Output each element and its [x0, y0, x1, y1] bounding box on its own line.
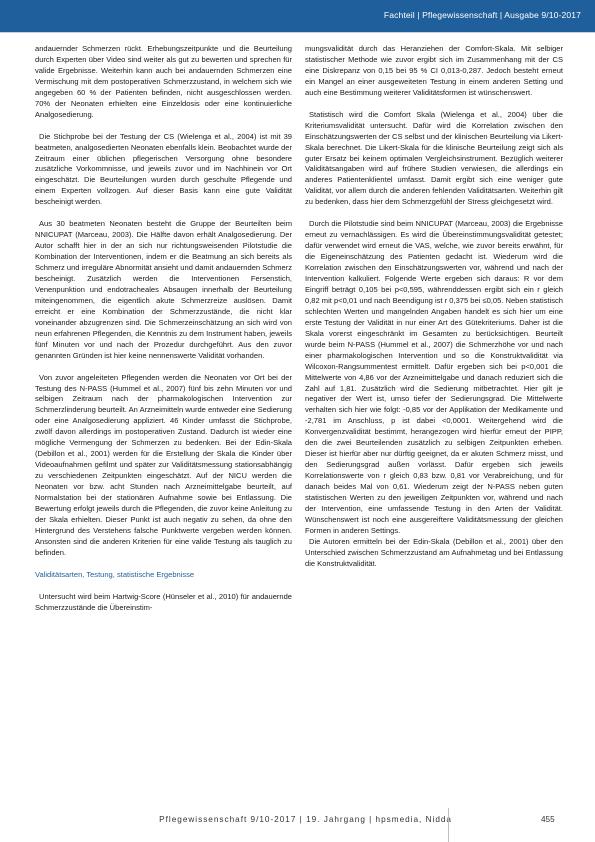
left-column: andauernder Schmerzen rückt. Erhebungsze… — [35, 44, 292, 613]
page-header: Fachteil | Pflegewissenschaft | Ausgabe … — [0, 0, 595, 33]
paragraph: andauernder Schmerzen rückt. Erhebungsze… — [35, 44, 292, 121]
page-number: 455 — [541, 815, 555, 824]
footer-divider — [448, 808, 449, 842]
paragraph: Durch die Pilotstudie sind beim NNICUPAT… — [305, 219, 563, 537]
paragraph: Untersucht wird beim Hartwig-Score (Hüns… — [35, 592, 292, 614]
section-heading: Validitätsarten, Testung, statistische E… — [35, 570, 292, 581]
paragraph: mungsvalidität durch das Heranziehen der… — [305, 44, 563, 99]
paragraph: Die Autoren ermitteln bei der Edin-Skala… — [305, 537, 563, 570]
paragraph: Die Stichprobe bei der Testung der CS (W… — [35, 132, 292, 209]
paragraph: Aus 30 beatmeten Neonaten besteht die Gr… — [35, 219, 292, 361]
journal-info: Pflegewissenschaft 9/10-2017 | 19. Jahrg… — [159, 815, 452, 824]
paragraph: Von zuvor angeleiteten Pflegenden werden… — [35, 373, 292, 559]
paragraph: Statistisch wird die Comfort Skala (Wiel… — [305, 110, 563, 209]
header-title: Fachteil | Pflegewissenschaft | Ausgabe … — [384, 10, 581, 20]
page-footer: Pflegewissenschaft 9/10-2017 | 19. Jahrg… — [0, 808, 595, 842]
right-column: mungsvalidität durch das Heranziehen der… — [305, 44, 563, 570]
